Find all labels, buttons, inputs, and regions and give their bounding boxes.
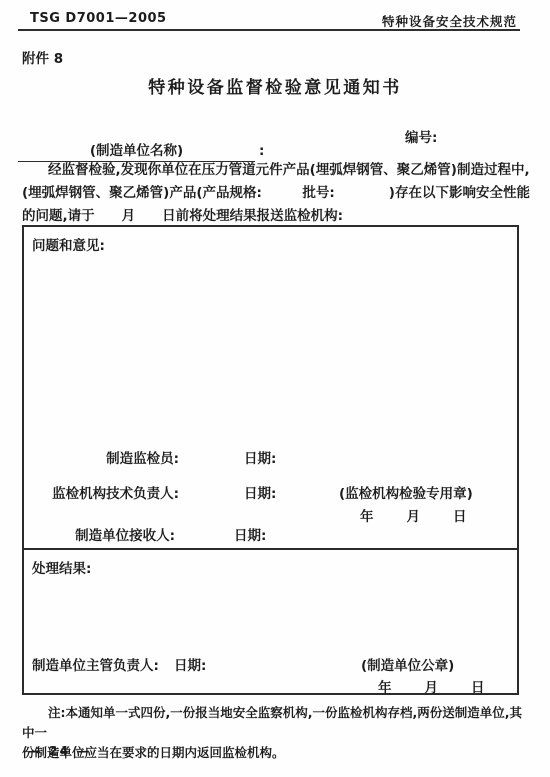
- result-section: 处理结果: 制造单位主管负责人: 日期: (制造单位公章) 年 月 日: [24, 550, 517, 693]
- date-label: 日期:: [174, 654, 206, 674]
- addressee-colon: :: [259, 143, 264, 159]
- inspection-seal-placeholder: (监检机构检验专用章): [339, 482, 473, 502]
- problems-label: 问题和意见:: [32, 234, 105, 254]
- footnote: 注:本通知单一式四份,一份报当地安全监察机构,一份监检机构存档,两份送制造单位,…: [22, 703, 532, 763]
- result-label: 处理结果:: [32, 557, 91, 577]
- inspector-label: 制造监检员:: [24, 447, 179, 467]
- technical-head-label: 监检机构技术负责人:: [24, 482, 179, 502]
- date-label: 日期:: [234, 524, 266, 544]
- date-label: 日期:: [244, 447, 276, 467]
- date-label: 日期:: [244, 482, 276, 502]
- attachment-label: 附件 8: [22, 47, 63, 67]
- document-page: TSG D7001—2005 特种设备安全技术规范 附件 8 特种设备监督检验意…: [0, 0, 550, 777]
- form-box: 问题和意见: 制造监检员: 日期: 监检机构技术负责人: 日期: (监检机构检验…: [22, 225, 519, 695]
- footnote-line-1: 注:本通知单一式四份,一份报当地安全监察机构,一份监检机构存档,两份送制造单位,…: [22, 703, 532, 743]
- chief-label: 制造单位主管负责人:: [32, 654, 159, 674]
- page-title: 特种设备监督检验意见通知书: [0, 73, 550, 98]
- year-month-day-line: 年 月 日: [360, 505, 469, 525]
- header-rule: [18, 29, 520, 31]
- page-number: — 24 —: [28, 743, 91, 758]
- footnote-line-2: 份制造单位应当在要求的日期内返回监检机构。: [22, 743, 532, 763]
- year-month-day-line: 年 月 日: [378, 676, 487, 696]
- doc-category: 特种设备安全技术规范: [382, 12, 517, 30]
- body-line-2: (埋弧焊钢管、聚乙烯管)产品(产品规格: 批号: )存在以下影响安全性能: [22, 182, 530, 205]
- number-label: 编号:: [405, 126, 437, 146]
- receiver-label: 制造单位接收人:: [24, 524, 175, 544]
- body-paragraph: 经监督检验,发现你单位在压力管道元件产品(埋弧焊钢管、聚乙烯管)制造过程中, (…: [22, 159, 530, 228]
- body-line-1: 经监督检验,发现你单位在压力管道元件产品(埋弧焊钢管、聚乙烯管)制造过程中,: [22, 159, 530, 182]
- problems-section: 问题和意见: 制造监检员: 日期: 监检机构技术负责人: 日期: (监检机构检验…: [24, 227, 517, 550]
- doc-code: TSG D7001—2005: [30, 11, 167, 26]
- company-seal-placeholder: (制造单位公章): [361, 654, 454, 674]
